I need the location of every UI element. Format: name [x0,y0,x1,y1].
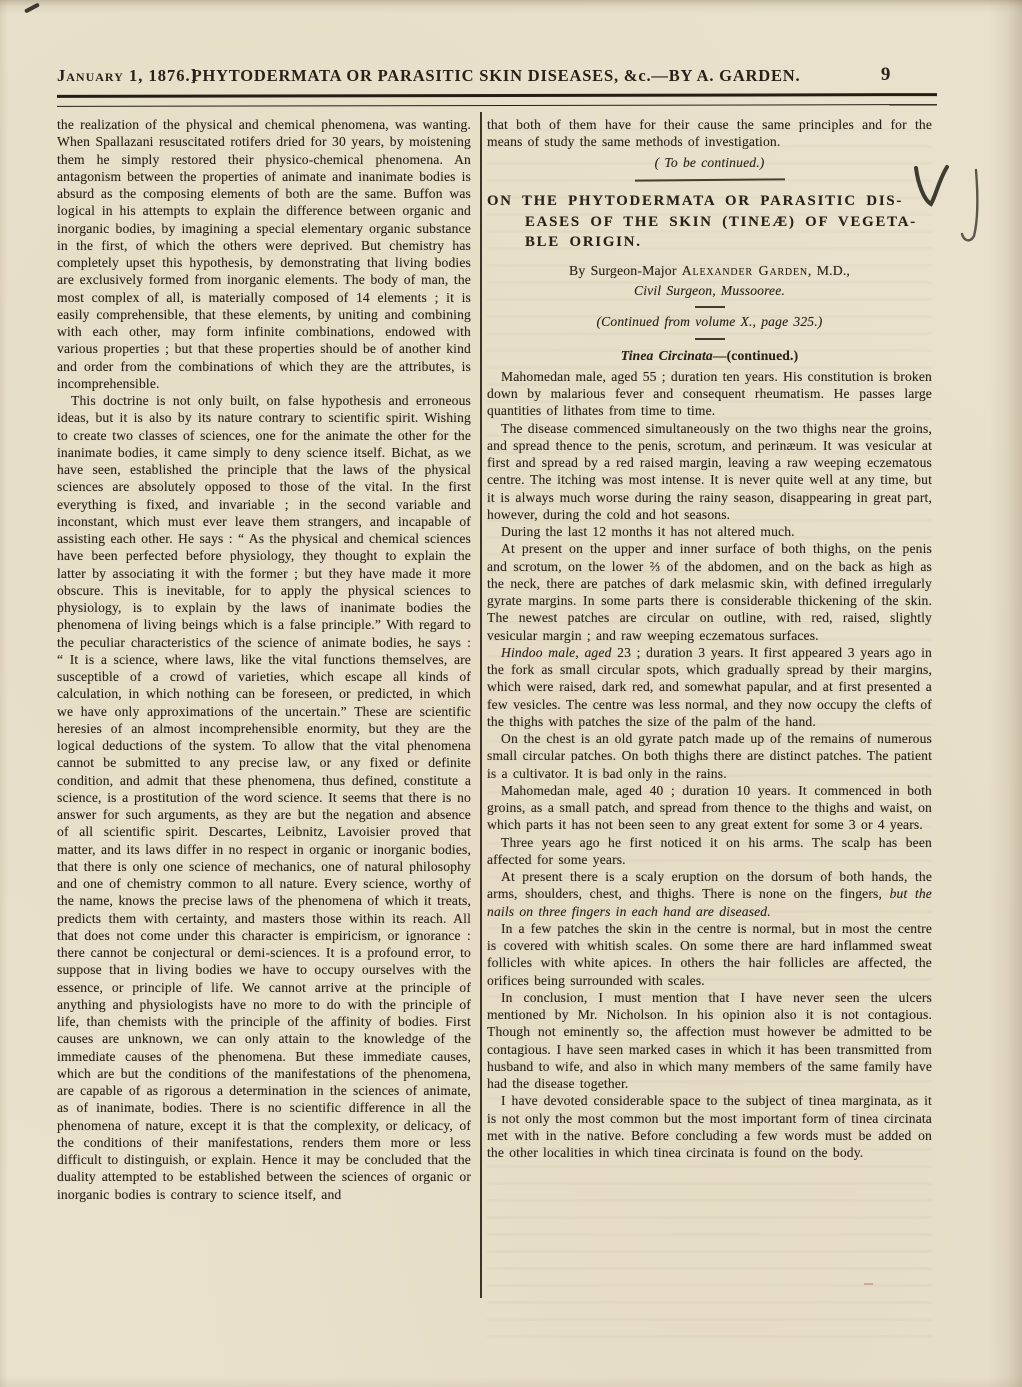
paragraph: Hindoo male, aged 23 ; duration 3 years.… [487,644,932,730]
text-segment: This doctrine is not only built, on fals… [57,393,471,1202]
paragraph: that both of them have for their cause t… [487,116,932,151]
text-segment: Three years ago he first noticed it on h… [487,835,932,867]
paragraph: At present on the upper and inner surfac… [487,540,932,644]
article-title-line: ON THE PHYTODERMATA OR PARASITIC DIS- [487,191,932,212]
right-column: that both of them have for their cause t… [487,116,932,1341]
pen-check-mark [916,167,947,204]
article-body: Mahomedan male, aged 55 ; duration ten y… [487,368,932,1162]
text-segment: On the chest is an old gyrate patch made… [487,731,932,781]
page-number: 9 [881,64,891,86]
text-segment: that both of them have for their cause t… [487,117,932,149]
pink-pencil-dot [893,563,896,566]
paragraph: The disease commenced simultaneously on … [487,420,932,524]
to-be-continued: ( To be continued.) [487,154,932,171]
paragraph: During the last 12 months it has not alt… [487,523,932,540]
column-divider [480,112,482,1298]
text-segment: Hindoo male, aged [501,645,612,660]
text-segment: At present there is a scaly eruption on … [487,869,932,901]
continuation-block: that both of them have for their cause t… [487,116,932,151]
journal-page: January 1, 1876.] PHYTODERMATA OR PARASI… [0,0,1022,1387]
text-segment: Mahomedan male, aged 40 ; duration 10 ye… [487,783,932,833]
text-segment: I have devoted considerable space to the… [487,1093,932,1160]
paragraph: Mahomedan male, aged 55 ; duration ten y… [487,368,932,420]
pen-stroke-mark [962,170,977,240]
article-title: ON THE PHYTODERMATA OR PARASITIC DIS- EA… [487,191,932,253]
pink-pencil-mark [864,1283,873,1285]
left-column: the realization of the physical and chem… [57,116,471,1341]
corner-ink-mark [24,2,40,13]
short-rule [695,306,725,308]
header-title: PHYTODERMATA OR PARASITIC SKIN DISEASES,… [57,66,935,86]
handwritten-pen-marks [900,140,1010,270]
byline-suffix: , M.D., [808,263,850,278]
paragraph: In conclusion, I must mention that I hav… [487,989,932,1093]
text-segment: In a few patches the skin in the centre … [487,921,932,988]
section-heading-title: Tinea Circinata [621,348,713,363]
paragraph: In a few patches the skin in the centre … [487,920,932,989]
author-role: Civil Surgeon, Mussooree. [487,282,932,299]
paragraph: This doctrine is not only built, on fals… [57,392,471,1203]
page-header: January 1, 1876.] PHYTODERMATA OR PARASI… [57,64,935,90]
paragraph: I have devoted considerable space to the… [487,1092,932,1161]
text-segment: Mahomedan male, aged 55 ; duration ten y… [487,369,932,419]
byline-prefix: By Surgeon-Major [569,263,682,278]
paragraph: Mahomedan male, aged 40 ; duration 10 ye… [487,782,932,834]
section-rule [634,178,784,181]
paragraph: At present there is a scaly eruption on … [487,868,932,920]
text-segment: The disease commenced simultaneously on … [487,421,932,522]
text-segment: In conclusion, I must mention that I hav… [487,990,932,1091]
section-heading: Tinea Circinata—(continued.) [487,347,932,364]
continued-from: (Continued from volume X., page 325.) [487,313,932,330]
short-rule [695,338,725,340]
paragraph: On the chest is an old gyrate patch made… [487,730,932,782]
header-rule [57,93,937,107]
paragraph: Three years ago he first noticed it on h… [487,834,932,869]
text-segment: the realization of the physical and chem… [57,117,471,391]
article-title-line: BLE ORIGIN. [487,232,932,253]
text-segment: At present on the upper and inner surfac… [487,541,932,642]
text-segment: During the last 12 months it has not alt… [501,524,795,539]
article-title-line: EASES OF THE SKIN (TINEÆ) OF VEGETA- [487,212,932,233]
section-heading-suffix: —(continued.) [713,348,798,363]
byline: By Surgeon-Major Alexander Garden, M.D., [487,262,932,279]
author-name: Alexander Garden [682,263,808,278]
paragraph: the realization of the physical and chem… [57,116,471,392]
